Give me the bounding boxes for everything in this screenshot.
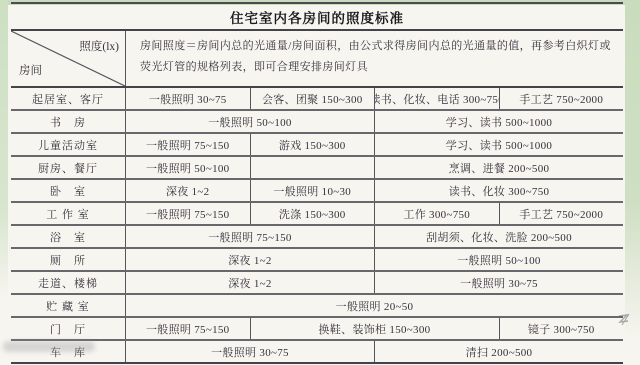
table-row: 厕 所深夜 1~2一般照明 50~100 — [11, 249, 623, 272]
illuminance-value-cell — [250, 157, 375, 178]
illuminance-value-cell: 会客、团聚 150~300 — [250, 88, 375, 109]
table-row: 贮 藏 室一般照明 20~50 — [11, 295, 623, 318]
illuminance-value-cell: 一般照明 10~30 — [250, 180, 375, 201]
room-name-cell: 工 作 室 — [11, 203, 125, 224]
illuminance-value-cell: 烹调、进餐 200~500 — [374, 157, 623, 178]
table-row: 走道、楼梯深夜 1~2一般照明 30~75 — [11, 272, 623, 295]
scan-edge-left — [0, 0, 8, 300]
illuminance-value-cell: 读书、化妆 300~750 — [374, 180, 623, 201]
illuminance-value-cell: 一般照明 20~50 — [125, 295, 623, 316]
diagonal-header-cell: 照度(lx) 房间 — [11, 31, 125, 86]
room-name-cell: 儿童活动室 — [11, 134, 125, 155]
illuminance-value-cell: 洗涤 150~300 — [250, 203, 375, 224]
table-title-bar: 住宅室内各房间的照度标准 — [11, 2, 623, 31]
blurred-watermark — [3, 341, 95, 352]
illuminance-value-cell: 学习、读书 500~1000 — [374, 111, 623, 132]
illuminance-value-cell: 换鞋、装饰柜 150~300 — [250, 318, 499, 339]
illuminance-value-cell: 清扫 200~500 — [374, 341, 623, 362]
scan-edge-right — [625, 0, 640, 340]
table-row: 书 房一般照明 50~100学习、读书 500~1000 — [11, 111, 623, 134]
table-header-row: 照度(lx) 房间 房间照度＝房间内总的光通量/房间面积，由公式求得房间内总的光… — [11, 31, 623, 88]
illuminance-value-cell: 一般照明 50~100 — [125, 111, 374, 132]
table-row: 厨房、餐厅一般照明 50~100烹调、进餐 200~500 — [11, 157, 623, 180]
illuminance-value-cell: 读书、化妆、电话 300~750 — [374, 88, 499, 109]
room-name-cell: 浴 室 — [11, 226, 125, 247]
room-name-cell: 厕 所 — [11, 249, 125, 270]
room-name-cell: 贮 藏 室 — [11, 295, 125, 316]
table-title: 住宅室内各房间的照度标准 — [230, 7, 404, 27]
illuminance-value-cell: 深夜 1~2 — [125, 272, 374, 293]
room-name-cell: 起居室、客厅 — [11, 88, 125, 109]
illuminance-value-cell: 工作 300~750 — [374, 203, 499, 224]
illuminance-value-cell: 一般照明 75~150 — [125, 226, 374, 247]
illuminance-value-cell: 一般照明 75~150 — [125, 318, 250, 339]
table-body: 起居室、客厅一般照明 30~75会客、团聚 150~300读书、化妆、电话 30… — [11, 88, 623, 364]
illuminance-value-cell: 一般照明 50~100 — [125, 157, 250, 178]
table-row: 浴 室一般照明 75~150刮胡须、化妆、洗脸 200~500 — [11, 226, 623, 249]
illuminance-value-cell: 刮胡须、化妆、洗脸 200~500 — [374, 226, 623, 247]
illuminance-value-cell: 一般照明 30~75 — [374, 272, 623, 293]
illuminance-value-cell: 一般照明 30~75 — [125, 88, 250, 109]
illuminance-value-cell: 一般照明 75~150 — [125, 134, 250, 155]
table-row: 工 作 室一般照明 75~150洗涤 150~300工作 300~750手工艺 … — [11, 203, 623, 226]
illuminance-value-cell: 深夜 1~2 — [125, 180, 250, 201]
room-name-cell: 门 厅 — [11, 318, 125, 339]
illuminance-value-cell: 一般照明 50~100 — [374, 249, 623, 270]
room-name-cell: 书 房 — [11, 111, 125, 132]
illuminance-value-cell: 手工艺 750~2000 — [499, 203, 624, 224]
illuminance-table: 住宅室内各房间的照度标准 照度(lx) 房间 房间照度＝房间内总的光通量/房间面… — [11, 2, 623, 364]
scanned-table-page: 住宅室内各房间的照度标准 照度(lx) 房间 房间照度＝房间内总的光通量/房间面… — [0, 0, 640, 365]
table-row: 车 库一般照明 30~75清扫 200~500 — [11, 341, 623, 364]
corner-label-illuminance: 照度(lx) — [79, 38, 119, 54]
room-name-cell: 厨房、餐厅 — [11, 157, 125, 178]
table-row: 卧 室深夜 1~2一般照明 10~30读书、化妆 300~750 — [11, 180, 623, 203]
illuminance-value-cell: 游戏 150~300 — [250, 134, 375, 155]
table-row: 门 厅一般照明 75~150换鞋、装饰柜 150~300镜子 300~750 — [11, 318, 623, 341]
illuminance-value-cell: 一般照明 75~150 — [125, 203, 250, 224]
table-row: 起居室、客厅一般照明 30~75会客、团聚 150~300读书、化妆、电话 30… — [11, 88, 623, 111]
room-name-cell: 卧 室 — [11, 180, 125, 201]
illuminance-value-cell: 镜子 300~750 — [499, 318, 624, 339]
illuminance-value-cell: 深夜 1~2 — [125, 249, 374, 270]
room-name-cell: 走道、楼梯 — [11, 272, 125, 293]
header-note: 房间照度＝房间内总的光通量/房间面积，由公式求得房间内总的光通量的值，再参考白炽… — [125, 31, 623, 86]
corner-label-room: 房间 — [19, 62, 42, 78]
illuminance-value-cell: 手工艺 750~2000 — [499, 88, 624, 109]
pen-squiggle-mark — [616, 313, 632, 327]
illuminance-value-cell: 学习、读书 500~1000 — [374, 134, 623, 155]
table-row: 儿童活动室一般照明 75~150游戏 150~300学习、读书 500~1000 — [11, 134, 623, 157]
illuminance-value-cell: 一般照明 30~75 — [125, 341, 374, 362]
